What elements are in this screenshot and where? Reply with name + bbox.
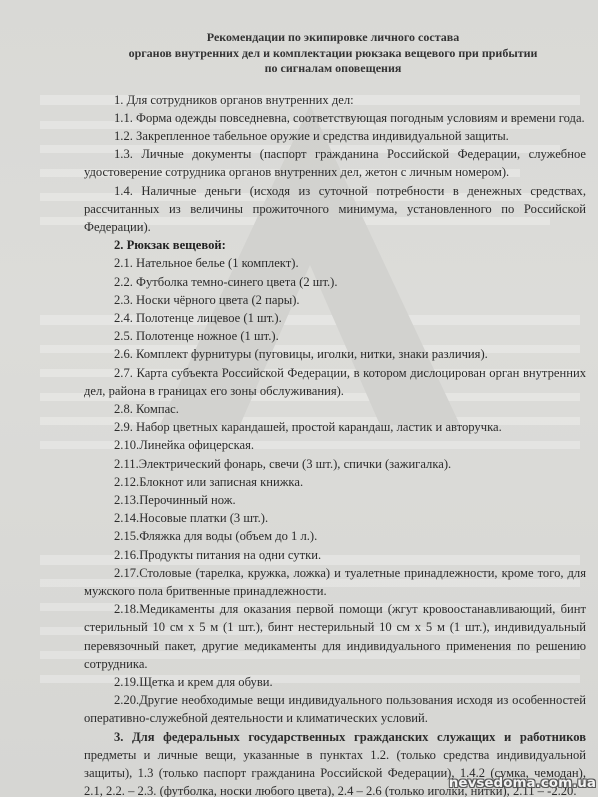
list-item: 2.20.Другие необходимые вещи индивидуаль… bbox=[84, 691, 586, 727]
title-line: по сигналам оповещения bbox=[80, 61, 586, 77]
section-2: 2. Рюкзак вещевой: 2.1. Нательное белье … bbox=[84, 236, 586, 727]
title-line: органов внутренних дел и комплектации рю… bbox=[80, 46, 586, 62]
list-item: 2.1. Нательное белье (1 комплект). bbox=[84, 254, 586, 272]
list-item: 2.13.Перочинный нож. bbox=[84, 491, 586, 509]
list-item: 1.1. Форма одежды повседневна, соответст… bbox=[84, 109, 586, 127]
section-1-heading: 1. Для сотрудников органов внутренних де… bbox=[84, 91, 586, 109]
document-title: Рекомендации по экипировке личного соста… bbox=[80, 30, 586, 77]
list-item: 2.12.Блокнот или записная книжка. bbox=[84, 473, 586, 491]
section-2-heading: 2. Рюкзак вещевой: bbox=[84, 236, 586, 254]
list-item: 1.2. Закрепленное табельное оружие и сре… bbox=[84, 127, 586, 145]
site-logo-watermark: nevsedoma.com.ua bbox=[449, 775, 596, 791]
list-item: 2.7. Карта субъекта Российской Федерации… bbox=[84, 364, 586, 400]
list-item: 1.4. Наличные деньги (исходя из суточной… bbox=[84, 182, 586, 237]
list-item: 2.2. Футболка темно-синего цвета (2 шт.)… bbox=[84, 273, 586, 291]
list-item: 2.19.Щетка и крем для обуви. bbox=[84, 673, 586, 691]
list-item: 2.11.Электрический фонарь, свечи (3 шт.)… bbox=[84, 455, 586, 473]
list-item: 2.14.Носовые платки (3 шт.). bbox=[84, 509, 586, 527]
list-item: 2.3. Носки чёрного цвета (2 пары). bbox=[84, 291, 586, 309]
list-item: 2.9. Набор цветных карандашей, простой к… bbox=[84, 418, 586, 436]
list-item: 2.18.Медикаменты для оказания первой пом… bbox=[84, 600, 586, 673]
list-item: 2.17.Столовые (тарелка, кружка, ложка) и… bbox=[84, 564, 586, 600]
list-item: 2.10.Линейка офицерская. bbox=[84, 436, 586, 454]
title-line: Рекомендации по экипировке личного соста… bbox=[80, 30, 586, 46]
list-item: 2.6. Комплект фурнитуры (пуговицы, иголк… bbox=[84, 345, 586, 363]
list-item: 1.3. Личные документы (паспорт гражданин… bbox=[84, 145, 586, 181]
document-page: Рекомендации по экипировке личного соста… bbox=[84, 0, 586, 797]
list-item: 2.5. Полотенце ножное (1 шт.). bbox=[84, 327, 586, 345]
list-item: 2.16.Продукты питания на одни сутки. bbox=[84, 546, 586, 564]
list-item: 2.4. Полотенце лицевое (1 шт.). bbox=[84, 309, 586, 327]
section-1: 1. Для сотрудников органов внутренних де… bbox=[84, 91, 586, 237]
list-item: 2.8. Компас. bbox=[84, 400, 586, 418]
section-3-heading: 3. Для федеральных государственных гражд… bbox=[114, 730, 586, 744]
list-item: 2.15.Фляжка для воды (объем до 1 л.). bbox=[84, 527, 586, 545]
